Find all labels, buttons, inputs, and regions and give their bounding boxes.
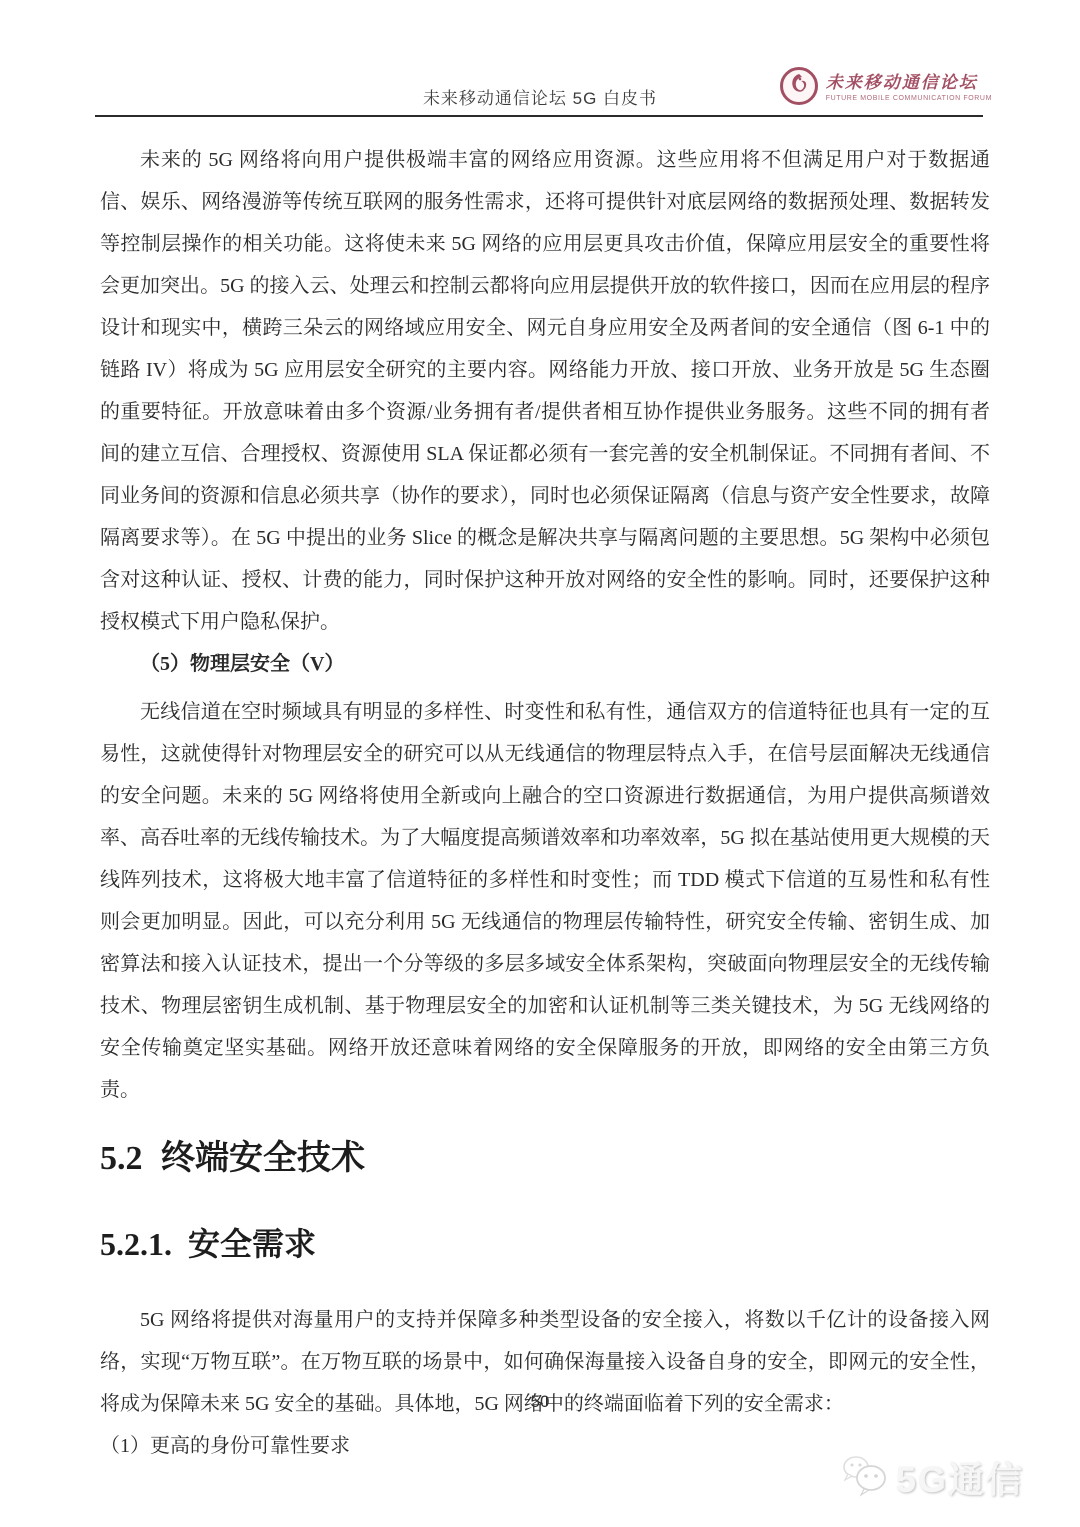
- forum-logo: 未来移动通信论坛 FUTURE MOBILE COMMUNICATION FOR…: [779, 66, 992, 111]
- header-divider-line: [95, 115, 983, 117]
- forum-logo-en-label: FUTURE MOBILE COMMUNICATION FORUM: [826, 95, 992, 103]
- forum-logo-icon: [779, 66, 819, 111]
- forum-logo-text: 未来移动通信论坛 FUTURE MOBILE COMMUNICATION FOR…: [826, 74, 992, 102]
- document-body: 未来的 5G 网络将向用户提供极端丰富的网络应用资源。这些应用将不但满足用户对于…: [100, 139, 990, 1467]
- item-heading-physical-layer-security: （5）物理层安全（V）: [140, 643, 990, 685]
- wechat-icon: [838, 1452, 890, 1503]
- section-heading-5-2: 5.2 终端安全技术: [100, 1137, 990, 1181]
- subsection-heading-5-2-1: 5.2.1. 安全需求: [100, 1223, 990, 1265]
- document-page: 未来移动通信论坛 5G 白皮书 未来移动通信论坛 FUTURE MOBILE C…: [0, 0, 1080, 1527]
- forum-logo-cn-label: 未来移动通信论坛: [826, 74, 992, 93]
- wechat-watermark: 5G通信: [838, 1452, 1024, 1503]
- page-number: 50: [0, 1392, 1080, 1412]
- watermark-label: 5G通信: [896, 1452, 1024, 1503]
- paragraph-application-layer-security: 未来的 5G 网络将向用户提供极端丰富的网络应用资源。这些应用将不但满足用户对于…: [100, 139, 990, 643]
- paragraph-physical-layer-security: 无线信道在空时频域具有明显的多样性、时变性和私有性，通信双方的信道特征也具有一定…: [100, 691, 990, 1111]
